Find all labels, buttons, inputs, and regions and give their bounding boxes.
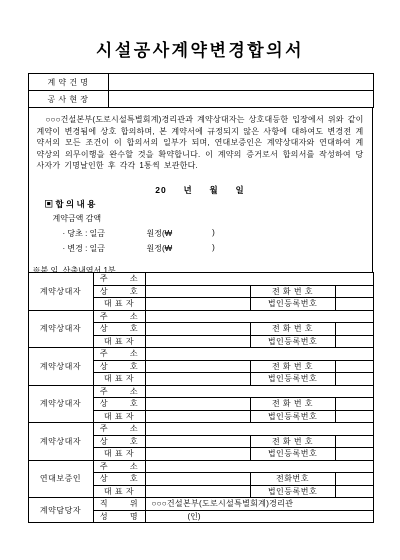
corp-regno-value	[335, 335, 373, 348]
address-label: 주 소	[93, 348, 145, 361]
changed-amount-label: · 변경 : 일금	[63, 243, 147, 254]
address-value	[145, 460, 373, 473]
address-value	[145, 348, 373, 361]
phone-value	[335, 360, 373, 373]
phone-label: 전 화 번 호	[250, 435, 335, 448]
address-value	[145, 310, 373, 323]
document-page: 시설공사계약변경합의서 계 약 건 명 공 사 현 장 ○○○건설본부(도로시설…	[0, 0, 400, 560]
table-row: 계약상대자 주 소	[28, 273, 373, 286]
corp-regno-value	[335, 410, 373, 423]
company-label: 상 호	[93, 360, 145, 373]
company-label: 상 호	[93, 435, 145, 448]
table-row: 계 약 건 명	[28, 74, 373, 91]
name-label: 성 명	[93, 510, 145, 523]
company-label: 상 호	[93, 285, 145, 298]
party-block-4: 계약상대자 주 소 상 호 전 화 번 호 대 표 자 법인등록번호	[28, 385, 373, 423]
corp-regno-label: 법인등록번호	[250, 448, 335, 461]
contract-header-table: 계 약 건 명 공 사 현 장	[28, 73, 374, 108]
ceo-label: 대 표 자	[93, 485, 145, 498]
position-label: 직 위	[93, 498, 145, 511]
changed-amount-paren-close: )	[212, 243, 215, 254]
position-value: ○○○건설본부(도로시설특별회계)경리관	[145, 498, 373, 511]
corp-regno-value	[335, 298, 373, 311]
table-row: 계약상대자 주 소	[28, 348, 373, 361]
parties-table: 계약상대자 주 소 상 호 전 화 번 호 대 표 자 법인등록번호	[28, 272, 374, 523]
table-row: 공 사 현 장	[28, 91, 373, 108]
company-value	[145, 285, 250, 298]
phone-label: 전 화 번 호	[250, 360, 335, 373]
party-block-2: 계약상대자 주 소 상 호 전 화 번 호 대 표 자 법인등록번호	[28, 310, 373, 348]
party-block-3: 계약상대자 주 소 상 호 전 화 번 호 대 표 자 법인등록번호	[28, 348, 373, 386]
agreement-body: ○○○건설본부(도로시설특별회계)경리관과 계약상대자는 상호대등한 입장에서 …	[37, 114, 364, 172]
ceo-value	[145, 485, 250, 498]
address-label: 주 소	[93, 273, 145, 286]
table-row: 계약상대자 주 소	[28, 310, 373, 323]
corp-regno-value	[335, 448, 373, 461]
ceo-value	[145, 373, 250, 386]
party-role: 계약상대자	[28, 423, 93, 461]
table-row: 계약상대자 주 소	[28, 385, 373, 398]
phone-label: 전 화 번 호	[250, 398, 335, 411]
officer-role: 계약담당자	[28, 498, 93, 523]
company-label: 상 호	[93, 398, 145, 411]
company-value	[145, 435, 250, 448]
phone-value	[335, 473, 373, 486]
address-label: 주 소	[93, 460, 145, 473]
changed-amount-row: · 변경 : 일금 원정(₩ )	[63, 243, 372, 254]
ceo-label: 대 표 자	[93, 410, 145, 423]
changed-amount-won-prefix: 원정(₩	[147, 243, 173, 254]
party-role: 계약상대자	[28, 273, 93, 311]
address-label: 주 소	[93, 385, 145, 398]
form-sheet: 계 약 건 명 공 사 현 장 ○○○건설본부(도로시설특별회계)경리관과 계약…	[28, 73, 373, 523]
original-amount-paren-close: )	[212, 228, 215, 239]
ceo-label: 대 표 자	[93, 298, 145, 311]
ceo-label: 대 표 자	[93, 448, 145, 461]
corp-regno-label: 법인등록번호	[250, 335, 335, 348]
table-row: 계약담당자 직 위 ○○○건설본부(도로시설특별회계)경리관	[28, 498, 373, 511]
company-label: 상 호	[93, 473, 145, 486]
contract-amount-reduction-label: 계약금액 감액	[53, 213, 372, 224]
contract-name-value	[108, 74, 373, 91]
phone-label: 전 화 번 호	[250, 323, 335, 336]
party-role: 계약상대자	[28, 310, 93, 348]
corp-regno-value	[335, 485, 373, 498]
corp-regno-label: 법인등록번호	[250, 373, 335, 386]
name-seal-value: (인)	[145, 510, 373, 523]
original-amount-row: · 당초 : 일금 원정(₩ )	[63, 228, 372, 239]
company-value	[145, 323, 250, 336]
date-line: 20 년 월 일	[29, 184, 372, 196]
company-value	[145, 398, 250, 411]
contract-name-label: 계 약 건 명	[28, 74, 108, 91]
ceo-value	[145, 448, 250, 461]
address-value	[145, 385, 373, 398]
phone-value	[335, 398, 373, 411]
phone-value	[335, 285, 373, 298]
company-label: 상 호	[93, 323, 145, 336]
construction-site-label: 공 사 현 장	[28, 91, 108, 108]
address-value	[145, 423, 373, 436]
company-value	[145, 473, 250, 486]
phone-value	[335, 323, 373, 336]
phone-label: 전화번호	[250, 473, 335, 486]
party-role: 계약상대자	[28, 385, 93, 423]
company-value	[145, 360, 250, 373]
original-amount-won-prefix: 원정(₩	[147, 228, 173, 239]
address-value	[145, 273, 373, 286]
phone-label: 전 화 번 호	[250, 285, 335, 298]
guarantor-role: 연대보증인	[28, 460, 93, 498]
ceo-label: 대 표 자	[93, 373, 145, 386]
phone-value	[335, 435, 373, 448]
address-label: 주 소	[93, 423, 145, 436]
original-amount-label: · 당초 : 일금	[63, 228, 147, 239]
party-block-1: 계약상대자 주 소 상 호 전 화 번 호 대 표 자 법인등록번호	[28, 273, 373, 311]
table-row: 계약상대자 주 소	[28, 423, 373, 436]
corp-regno-value	[335, 373, 373, 386]
guarantor-block: 연대보증인 주 소 상 호 전화번호 대 표 자 법인등록번호	[28, 460, 373, 498]
document-title: 시설공사계약변경합의서	[0, 36, 400, 61]
ceo-label: 대 표 자	[93, 335, 145, 348]
ceo-value	[145, 335, 250, 348]
contract-officer-block: 계약담당자 직 위 ○○○건설본부(도로시설특별회계)경리관 성 명 (인)	[28, 498, 373, 523]
agreement-content-heading: ▣ 합 의 내 용	[45, 198, 372, 210]
corp-regno-label: 법인등록번호	[250, 410, 335, 423]
construction-site-value	[108, 91, 373, 108]
agreement-box: ○○○건설본부(도로시설특별회계)경리관과 계약상대자는 상호대등한 입장에서 …	[28, 107, 373, 273]
ceo-value	[145, 298, 250, 311]
ceo-value	[145, 410, 250, 423]
corp-regno-label: 법인등록번호	[250, 485, 335, 498]
corp-regno-label: 법인등록번호	[250, 298, 335, 311]
party-role: 계약상대자	[28, 348, 93, 386]
party-block-5: 계약상대자 주 소 상 호 전 화 번 호 대 표 자 법인등록번호	[28, 423, 373, 461]
table-row: 연대보증인 주 소	[28, 460, 373, 473]
address-label: 주 소	[93, 310, 145, 323]
